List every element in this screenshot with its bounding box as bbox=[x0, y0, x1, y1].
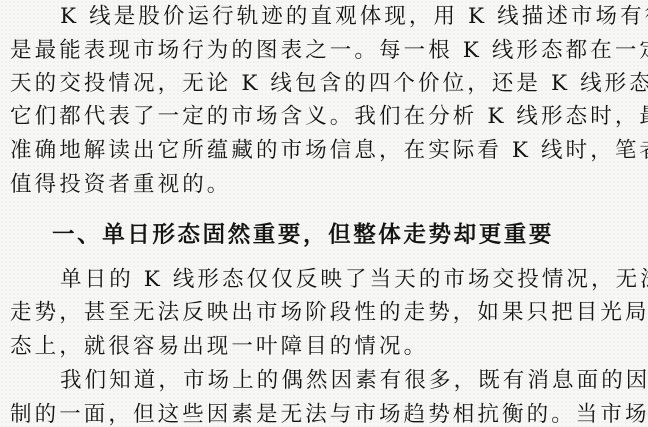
section-heading: 一、单日形态固然重要，但整体走势却更重要 bbox=[52, 221, 554, 249]
paragraph-line: 我们知道，市场上的偶然因素有很多，既有消息面的因素，也有人为控 bbox=[60, 369, 648, 393]
paragraph-line: 天的交投情况，无论 K 线包含的四个价位，还是 K 线形态上的实体与影线， bbox=[10, 72, 648, 96]
paragraph-line: K 线是股价运行轨迹的直观体现，用 K 线描述市场有很强的视觉效果， bbox=[60, 5, 648, 29]
paragraph-line: 态上，就很容易出现一叶障目的情况。 bbox=[10, 335, 428, 359]
paragraph-line: 准确地解读出它所蕴藏的市场信息，在实际看 K 线时，笔者认为以下几点是 bbox=[10, 139, 648, 163]
paragraph-line: 它们都代表了一定的市场含义。我们在分析 K 线形态时，最主要的任务就是 bbox=[10, 105, 648, 129]
paragraph-line: 制的一面，但这些因素是无法与市场趋势相抗衡的。当市场处于上升趋势 bbox=[10, 403, 648, 427]
paragraph-line: 是最能表现市场行为的图表之一。每一根 K 线形态都在一定程度上反映了当 bbox=[10, 39, 648, 63]
paragraph-line: 单日的 K 线形态仅仅反映了当天的市场交投情况，无法反映市场的整体 bbox=[60, 268, 648, 292]
paragraph-line: 走势，甚至无法反映出市场阶段性的走势，如果只把目光局限在单日 K 线形 bbox=[10, 301, 648, 325]
paragraph-line: 值得投资者重视的。 bbox=[10, 173, 231, 197]
